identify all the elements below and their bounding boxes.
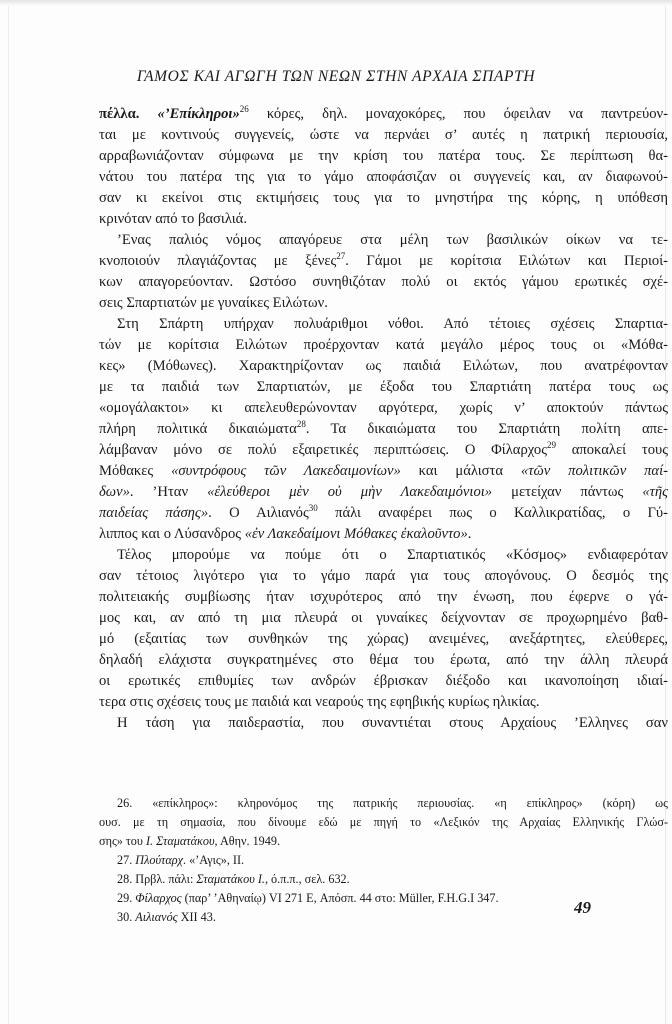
author-name: Σταματάκου Ι. xyxy=(196,872,265,886)
text-fragment: . «’Αγις», ΙΙ. xyxy=(183,853,244,867)
footnote-ref-29[interactable]: 29 xyxy=(547,440,556,450)
text-fragment: κόρες, δηλ. μοναχοκόρες, που όφειλαν να … xyxy=(249,106,668,122)
body-line-2: ται με κοντινούς συγγενείς, ώστε να περν… xyxy=(99,125,668,146)
quote-ancient-greek: παιδείας πάσης» xyxy=(99,505,208,521)
body-line-25: μος και, αν από τη μια πλευρά οι γυναίκε… xyxy=(99,608,668,629)
text-fragment: . xyxy=(468,526,472,542)
body-line-24: πολιτειακής συμβίωσης ήταν ισχυρότερος α… xyxy=(99,587,668,608)
body-line-9: κων απαγορεύονταν. Ωστόσο συνηθιζόταν πο… xyxy=(99,272,668,293)
body-line-27: δηλαδή ελάχιστα συγκρατημένες στο θέμα τ… xyxy=(99,650,668,671)
text-fragment: λάμβαναν μόνο σε πολύ εξαιρετικές περιπτ… xyxy=(99,442,547,458)
body-line-30: Η τάση για παιδεραστία, που συναντιέται … xyxy=(99,713,668,734)
footnote-ref-27[interactable]: 27 xyxy=(336,251,345,261)
body-line-10: σεις Σπαρτιατών με γυναίκες Ειλώτων. xyxy=(99,293,668,314)
text-fragment: λιππος και ο Λύσανδρος xyxy=(99,526,245,542)
text-fragment: , ό.π.π., σελ. 632. xyxy=(265,872,350,886)
text-fragment: πλήρη πολιτικά δικαιώματα xyxy=(99,421,297,437)
text-fragment: . Τα δικαιώματα του Σπαρτιάτη πολίτη απε… xyxy=(306,421,668,437)
text-fragment: σης» του xyxy=(99,834,146,848)
text-fragment: (παρ’ ’Αθηναίῳ) VI 271 E, Απόσπ. 44 στο:… xyxy=(182,891,499,905)
body-line-12: τών με κορίτσια Ειλώτων προέρχονταν κατά… xyxy=(99,335,668,356)
body-line-23: σαν τέτοιος λιγότερο για το γάμο παρά γι… xyxy=(99,566,668,587)
quote-ancient-greek: «συντρόφους τῶν Λακεδαιμονίων» xyxy=(171,463,401,479)
body-line-20: παιδείας πάσης». Ο Αιλιανός30 πάλι αναφέ… xyxy=(99,503,668,524)
body-line-1: πέλλα. «’Επίκληροι»26 κόρες, δηλ. μοναχο… xyxy=(99,104,668,125)
page-number: 49 xyxy=(574,898,591,918)
quote-ancient-greek: «τῶν πολιτικῶν παί- xyxy=(521,463,668,479)
footnote-27: 27. Πλούταρχ. «’Αγις», ΙΙ. xyxy=(99,851,668,870)
text-fragment: . Γάμοι με κορίτσια Ειλώτων και Περιοί- xyxy=(345,253,668,269)
quote-ancient-greek: «τῆς xyxy=(642,484,668,500)
footnote-number: 29. xyxy=(117,891,135,905)
author-name: Αιλιανός xyxy=(135,910,177,924)
text-fragment: , Αθην. 1949. xyxy=(215,834,280,848)
quote-ancient-greek: «ἐλεύθεροι μὲν οὐ μὴν Λακεδαιμόνιοι» xyxy=(207,484,492,500)
body-line-8: κνοποιούν πλαγιάζοντας με ξένες27. Γάμοι… xyxy=(99,251,668,272)
body-line-15: «ομογάλακτοι» κι απελευθερώνονταν αργότε… xyxy=(99,398,668,419)
body-line-13: κες» (Μόθωνες). Χαρακτηρίζονταν ως παιδι… xyxy=(99,356,668,377)
footnote-ref-30[interactable]: 30 xyxy=(309,503,318,513)
body-line-4: νάτου του πατέρα της για το γάμο αποφάσι… xyxy=(99,167,668,188)
body-line-6: κρινόταν από το βασιλιά. xyxy=(99,209,668,230)
body-line-21: λιππος και ο Λύσανδρος «ἐν Λακεδαίμονι Μ… xyxy=(99,524,668,545)
running-head: ΓΑΜΟΣ ΚΑΙ ΑΓΩΓΗ ΤΩΝ ΝΕΩΝ ΣΤΗΝ ΑΡΧΑΙΑ ΣΠΑ… xyxy=(0,68,672,86)
text-fragment: 28. Πρβλ. πάλι: xyxy=(117,872,196,886)
footnote-number: 30. xyxy=(117,910,135,924)
text-fragment: μετείχαν πάντως xyxy=(492,484,642,500)
text-fragment: XII 43. xyxy=(178,910,216,924)
text-fragment: πέλλα. xyxy=(99,106,139,122)
body-line-11: Στη Σπάρτη υπήρχαν πολυάριθμοι νόθοι. Απ… xyxy=(99,314,668,335)
text-fragment: . Ο Αιλιανός xyxy=(208,505,309,521)
term-epikleroi: «’Επίκληροι» xyxy=(157,106,239,122)
author-name: Φίλαρχος xyxy=(135,891,181,905)
text-fragment: αποκαλεί τους xyxy=(556,442,668,458)
body-line-28: οι ερωτικές επιθυμίες των ανδρών έβρισκα… xyxy=(99,671,668,692)
body-line-17: λάμβαναν μόνο σε πολύ εξαιρετικές περιπτ… xyxy=(99,440,668,461)
page-edge-left xyxy=(8,6,9,1024)
author-name: Πλούταρχ xyxy=(135,853,183,867)
footnote-number: 27. xyxy=(117,853,135,867)
body-line-14: με τα παιδιά των Σπαρτιατών, με έξοδα το… xyxy=(99,377,668,398)
body-line-16: πλήρη πολιτικά δικαιώματα28. Τα δικαιώμα… xyxy=(99,419,668,440)
footnote-26-line-3: σης» του Ι. Σταματάκου, Αθην. 1949. xyxy=(99,832,668,851)
body-line-5: σαν κι εκείνοι στις εκτιμήσεις τους για … xyxy=(99,188,668,209)
author-name: Ι. Σταματάκου xyxy=(146,834,215,848)
text-fragment: . ’Ηταν xyxy=(130,484,207,500)
footnote-26-line-2: ουσ. με τη σημασία, που δίνουμε εδώ με π… xyxy=(99,813,668,832)
text-fragment: κνοποιούν πλαγιάζοντας με ξένες xyxy=(99,253,336,269)
quote-ancient-greek: δων» xyxy=(99,484,130,500)
body-text: πέλλα. «’Επίκληροι»26 κόρες, δηλ. μοναχο… xyxy=(99,104,668,734)
text-fragment: και μάλιστα xyxy=(401,463,521,479)
text-fragment: πάλι αναφέρει πως ο Καλλικρατίδας, ο Γύ- xyxy=(318,505,668,521)
body-line-26: μό (εξαιτίας των συνθηκών της χώρας) ανε… xyxy=(99,629,668,650)
body-line-3: αρραβωνιάζονταν σύμφωνα με την κρίση του… xyxy=(99,146,668,167)
body-line-18: Μόθακες «συντρόφους τῶν Λακεδαιμονίων» κ… xyxy=(99,461,668,482)
body-line-7: ’Ενας παλιός νόμος απαγόρευε στα μέλη τω… xyxy=(99,230,668,251)
text-fragment: Μόθακες xyxy=(99,463,171,479)
footnote-ref-26[interactable]: 26 xyxy=(240,104,249,114)
footnote-28: 28. Πρβλ. πάλι: Σταματάκου Ι., ό.π.π., σ… xyxy=(99,870,668,889)
body-line-22: Τέλος μπορούμε να πούμε ότι ο Σπαρτιατικ… xyxy=(99,545,668,566)
body-line-29: τερα στις σχέσεις τους με παιδιά και νεα… xyxy=(99,692,668,713)
page-edge-top xyxy=(0,0,672,6)
quote-ancient-greek: «ἐν Λακεδαίμονι Μόθακες ἐκαλοῦντο» xyxy=(245,526,468,542)
footnote-26-line-1: 26. «επίκληρος»: κληρονόμος της πατρικής… xyxy=(99,794,668,813)
footnote-ref-28[interactable]: 28 xyxy=(297,419,306,429)
body-line-19: δων». ’Ηταν «ἐλεύθεροι μὲν οὐ μὴν Λακεδα… xyxy=(99,482,668,503)
